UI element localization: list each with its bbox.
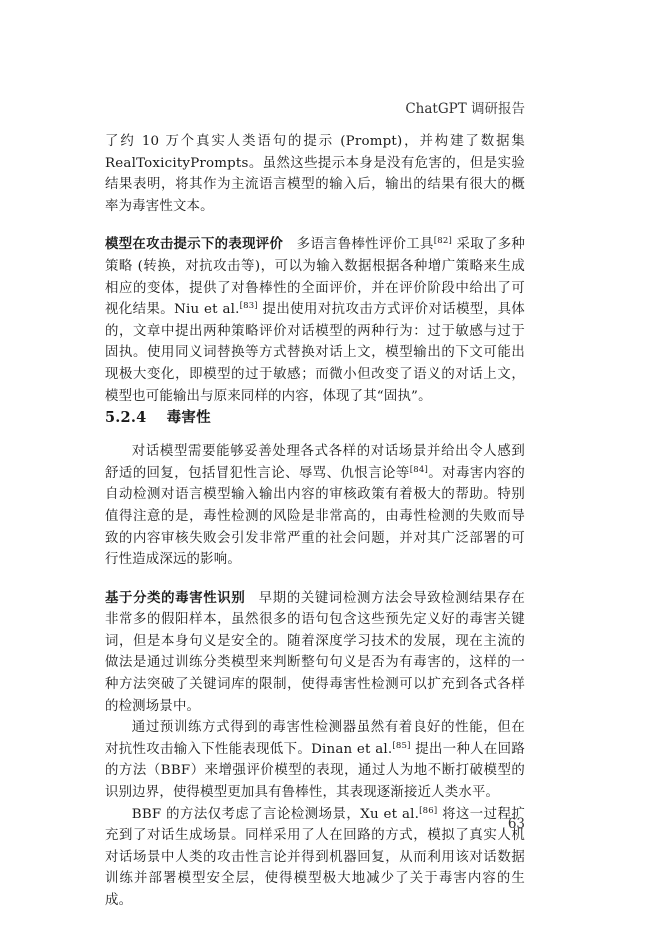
paragraph-classification: 基于分类的毒害性识别早期的关键词检测方法会导致检测结果存在非常多的假阳样本，虽然… xyxy=(105,588,525,718)
section-number: 5.2.4 xyxy=(105,409,146,426)
paragraph-text: BBF 的方法仅考虑了言论检测场景，Xu et al. xyxy=(132,807,419,822)
citation-82[interactable]: [82] xyxy=(434,236,452,246)
running-header: ChatGPT 调研报告 xyxy=(405,97,525,117)
paragraph-text: 提出使用对抗攻击方式评价对话模型，具体的，文章中提出两种策略评价对话模型的两种行… xyxy=(105,302,525,403)
citation-86[interactable]: [86] xyxy=(419,806,437,816)
paragraph-attack-evaluation: 模型在攻击提示下的表现评价多语言鲁棒性评价工具[82] 采取了多种策略 (转换，… xyxy=(105,234,525,407)
paragraph-pretrained-detector: 通过预训练方式得到的毒害性检测器虽然有着良好的性能，但在对抗性攻击输入下性能表现… xyxy=(105,717,525,803)
paragraph-text: 早期的关键词检测方法会导致检测结果存在非常多的假阳样本，虽然很多的语句包含这些预… xyxy=(105,591,525,714)
paragraph-intro-continuation: 了约 10 万个真实人类语句的提示 (Prompt)，并构建了数据集 RealT… xyxy=(105,131,525,217)
page-body: 了约 10 万个真实人类语句的提示 (Prompt)，并构建了数据集 RealT… xyxy=(105,131,525,912)
paragraph-bbf-extension: BBF 的方法仅考虑了言论检测场景，Xu et al.[86] 将这一过程扩充到… xyxy=(105,804,525,912)
citation-83[interactable]: [83] xyxy=(240,301,258,311)
citation-84[interactable]: [84] xyxy=(410,465,428,475)
run-in-heading-attack-evaluation: 模型在攻击提示下的表现评价 xyxy=(105,236,283,252)
section-title: 毒害性 xyxy=(167,409,211,426)
citation-85[interactable]: [85] xyxy=(392,741,410,751)
run-in-heading-classification: 基于分类的毒害性识别 xyxy=(105,590,245,606)
page-number: 63 xyxy=(508,816,525,832)
paragraph-text: 多语言鲁棒性评价工具 xyxy=(297,237,434,252)
section-heading-toxicity: 5.2.4毒害性 xyxy=(105,407,525,429)
paragraph-text: 了约 10 万个真实人类语句的提示 (Prompt)，并构建了数据集 RealT… xyxy=(105,134,525,214)
paragraph-toxicity-intro: 对话模型需要能够妥善处理各式各样的对话场景并给出令人感到舒适的回复，包括冒犯性言… xyxy=(105,441,525,571)
